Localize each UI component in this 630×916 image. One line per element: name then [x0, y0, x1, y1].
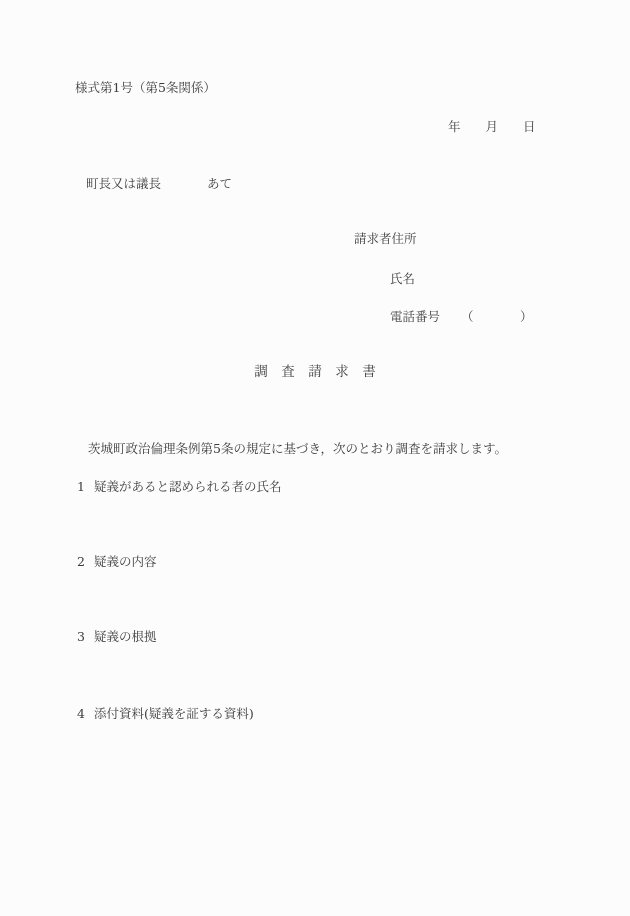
item-text: 疑義の根拠: [94, 629, 157, 644]
item-number: 2: [77, 556, 94, 569]
form-number: 様式第1号（第5条関係）: [75, 82, 216, 95]
item-text: 疑義があると認められる者の氏名: [94, 479, 282, 494]
addressee-suffix: あて: [207, 178, 232, 191]
list-item: 2疑義の内容: [77, 556, 157, 569]
date-line: 年 月 日: [448, 121, 536, 134]
phone-number-label: 電話番号: [390, 311, 440, 324]
list-item: 1疑義があると認められる者の氏名: [77, 481, 282, 494]
item-number: 3: [77, 631, 94, 644]
document-page: 様式第1号（第5条関係） 年 月 日 町長又は議長 あて 請求者住所 氏名 電話…: [0, 0, 630, 916]
body-paragraph: 茨城町政治倫理条例第5条の規定に基づき，次のとおり調査を請求します。: [88, 443, 507, 456]
phone-paren-open: （: [461, 311, 474, 324]
addressee-label: 町長又は議長: [86, 178, 161, 191]
list-item: 3疑義の根拠: [77, 631, 157, 644]
page-title: 調 査 請 求 書: [0, 366, 630, 380]
item-text: 添付資料(疑義を証する資料): [94, 706, 254, 721]
item-number: 1: [77, 481, 94, 494]
requester-address-label: 請求者住所: [354, 233, 417, 246]
requester-name-label: 氏名: [390, 273, 415, 286]
item-text: 疑義の内容: [94, 554, 157, 569]
phone-paren-close: ）: [520, 311, 533, 324]
list-item: 4添付資料(疑義を証する資料): [77, 708, 254, 721]
item-number: 4: [77, 708, 94, 721]
